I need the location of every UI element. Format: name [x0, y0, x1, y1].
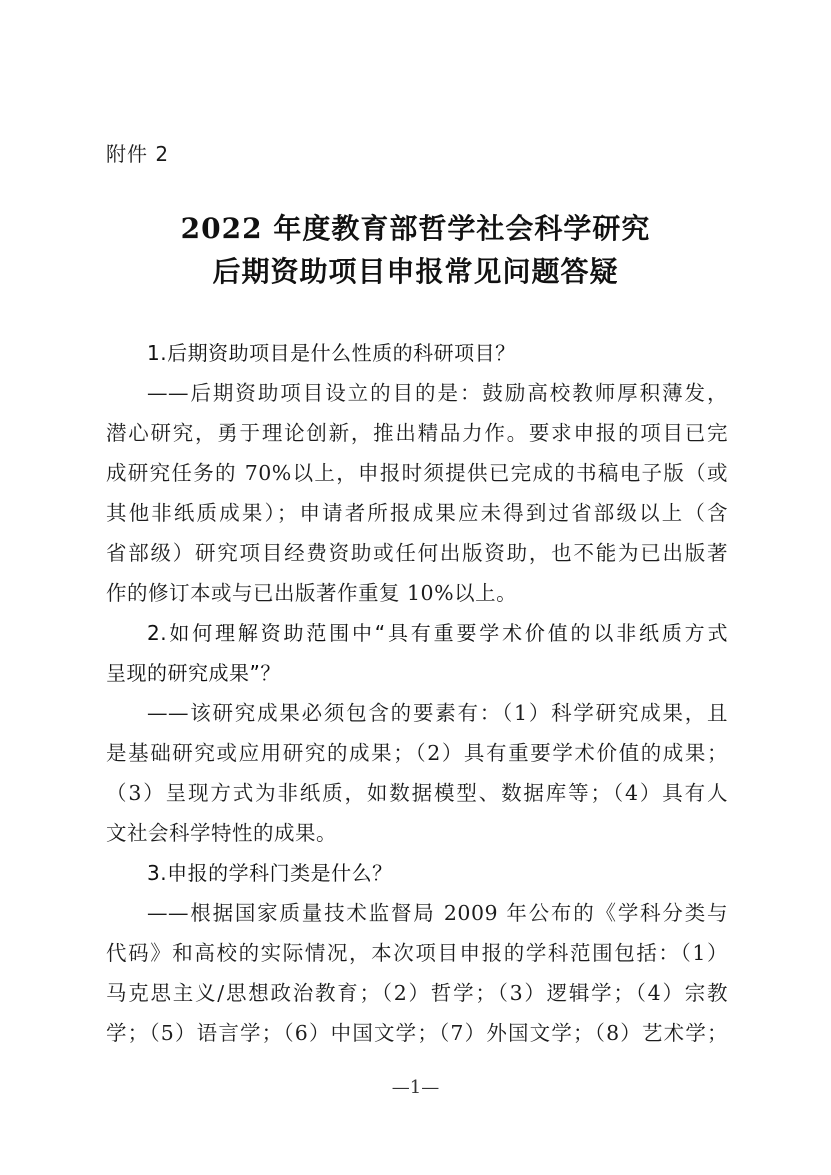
attachment-label: 附件 2: [106, 138, 169, 167]
answer-2-line-2: 是基础研究或应用研究的成果；（2）具有重要学术价值的成果；: [106, 733, 728, 773]
answer-1-line-1: ——后期资助项目设立的目的是：鼓励高校教师厚积薄发，: [106, 373, 728, 413]
document-title-line-2: 后期资助项目申报常见问题答疑: [0, 250, 831, 290]
answer-1-line-5: 省部级）研究项目经费资助或任何出版资助，也不能为已出版著: [106, 533, 728, 573]
question-1: 1.后期资助项目是什么性质的科研项目？: [106, 333, 728, 373]
page-number: —1—: [0, 1077, 831, 1098]
answer-3-line-1: ——根据国家质量技术监督局 2009 年公布的《学科分类与: [106, 893, 728, 933]
document-title-line-1: 2022 年度教育部哲学社会科学研究: [0, 207, 831, 247]
answer-2-line-1: ——该研究成果必须包含的要素有：（1）科学研究成果，且: [106, 693, 728, 733]
answer-1-line-3: 成研究任务的 70%以上，申报时须提供已完成的书稿电子版（或: [106, 453, 728, 493]
answer-2-line-3: （3）呈现方式为非纸质，如数据模型、数据库等；（4）具有人: [106, 773, 728, 813]
answer-3-line-4: 学；（5）语言学；（6）中国文学；（7）外国文学；（8）艺术学；: [106, 1013, 728, 1053]
answer-1-line-2: 潜心研究，勇于理论创新，推出精品力作。要求申报的项目已完: [106, 413, 728, 453]
document-body: 1.后期资助项目是什么性质的科研项目？ ——后期资助项目设立的目的是：鼓励高校教…: [106, 333, 728, 1053]
question-3: 3.申报的学科门类是什么？: [106, 853, 728, 893]
question-2-line-2: 呈现的研究成果”？: [106, 653, 728, 693]
answer-3-line-2: 代码》和高校的实际情况，本次项目申报的学科范围包括：（1）: [106, 933, 728, 973]
answer-3-line-3: 马克思主义/思想政治教育；（2）哲学；（3）逻辑学；（4）宗教: [106, 973, 728, 1013]
document-page: 附件 2 2022 年度教育部哲学社会科学研究 后期资助项目申报常见问题答疑 1…: [0, 0, 831, 1175]
answer-2-line-4: 文社会科学特性的成果。: [106, 813, 728, 853]
answer-1-line-4: 其他非纸质成果）；申请者所报成果应未得到过省部级以上（含: [106, 493, 728, 533]
answer-1-line-6: 作的修订本或与已出版著作重复 10%以上。: [106, 573, 728, 613]
question-2-line-1: 2.如何理解资助范围中“具有重要学术价值的以非纸质方式: [106, 613, 728, 653]
